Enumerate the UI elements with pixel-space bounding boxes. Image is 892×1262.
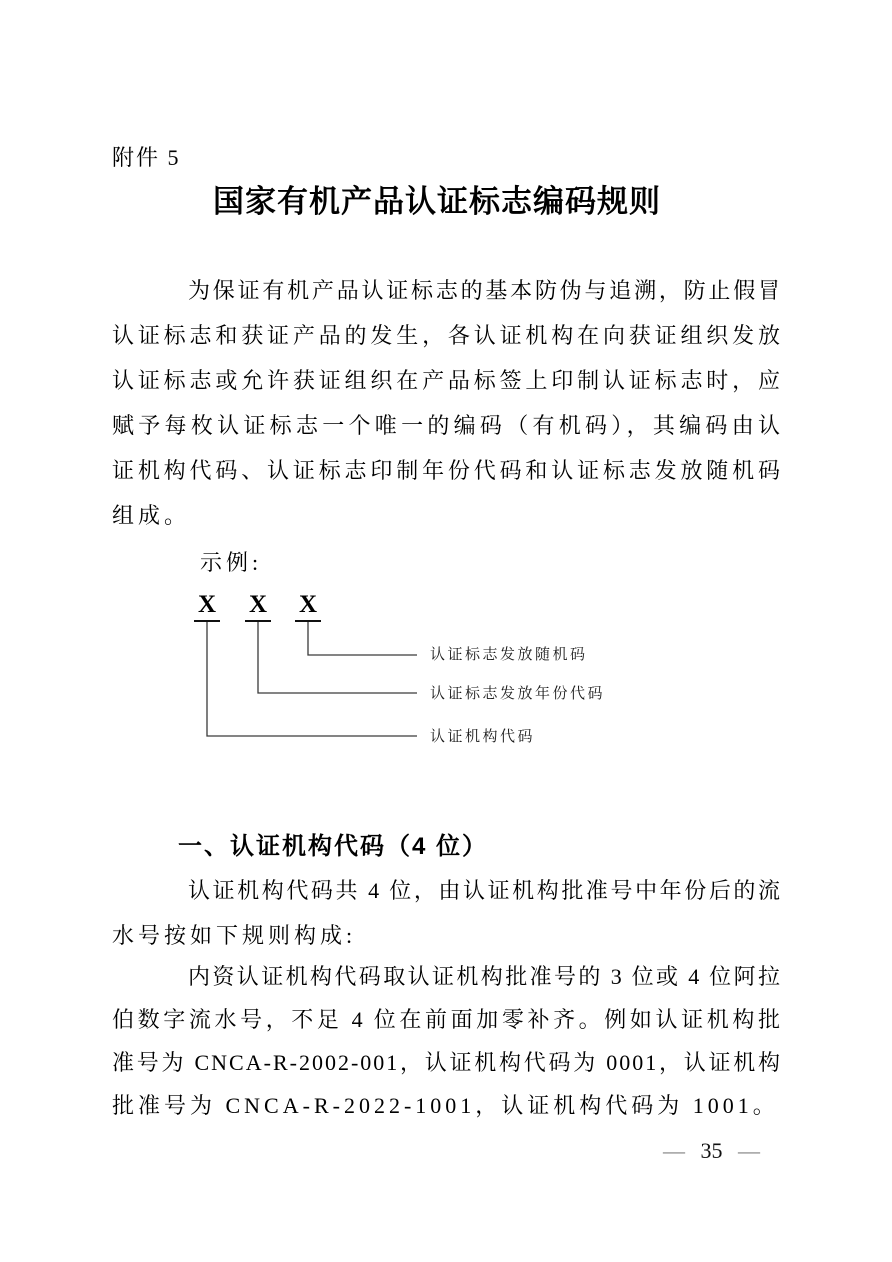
code-digit-x-3: X	[295, 590, 321, 622]
callout-line-year-code	[258, 622, 417, 693]
example-label: 示例:	[200, 548, 262, 578]
section-paragraph-1: 认证机构代码共 4 位，由认证机构批准号中年份后的流 水号按如下规则构成:	[112, 868, 782, 958]
page-number: — 35 —	[558, 1136, 760, 1166]
page-number-dash-right: —	[738, 1138, 760, 1163]
callout-line-body-code	[207, 622, 417, 736]
callout-line-random-code	[308, 622, 417, 655]
intro-line: 为保证有机产品认证标志的基本防伪与追溯，防止假冒	[112, 268, 782, 313]
intro-paragraph: 为保证有机产品认证标志的基本防伪与追溯，防止假冒 认证标志和获证产品的发生，各认…	[112, 268, 782, 538]
section-line: 准号为 CNCA-R-2002-001，认证机构代码为 0001，认证机构	[112, 1041, 782, 1084]
section-line: 伯数字流水号，不足 4 位在前面加零补齐。例如认证机构批	[112, 998, 782, 1041]
intro-line: 组成。	[112, 493, 782, 538]
intro-line: 认证标志和获证产品的发生，各认证机构在向获证组织发放	[112, 313, 782, 358]
page-number-value: 35	[701, 1138, 723, 1163]
callout-label-year-code: 认证标志发放年份代码	[430, 684, 605, 704]
code-digit-x-1: X	[194, 590, 220, 622]
section-line: 水号按如下规则构成:	[112, 913, 782, 958]
section-line: 认证机构代码共 4 位，由认证机构批准号中年份后的流	[112, 868, 782, 913]
callout-label-body-code: 认证机构代码	[430, 727, 535, 747]
section-paragraph-2: 内资认证机构代码取认证机构批准号的 3 位或 4 位阿拉 伯数字流水号，不足 4…	[112, 955, 782, 1127]
document-page: 附件 5 国家有机产品认证标志编码规则 为保证有机产品认证标志的基本防伪与追溯，…	[0, 0, 892, 1262]
code-digit-x-2: X	[245, 590, 271, 622]
section-line: 内资认证机构代码取认证机构批准号的 3 位或 4 位阿拉	[112, 955, 782, 998]
callout-label-random-code: 认证标志发放随机码	[430, 645, 588, 665]
page-number-dash-left: —	[663, 1138, 685, 1163]
intro-line: 赋予每枚认证标志一个唯一的编码（有机码），其编码由认	[112, 403, 782, 448]
section-heading: 一、认证机构代码（4 位）	[178, 830, 488, 864]
page-title: 国家有机产品认证标志编码规则	[0, 182, 874, 222]
intro-line: 认证标志或允许获证组织在产品标签上印制认证标志时，应	[112, 358, 782, 403]
section-line: 批准号为 CNCA-R-2022-1001，认证机构代码为 1001。	[112, 1084, 782, 1127]
attachment-label: 附件 5	[112, 143, 181, 173]
intro-line: 证机构代码、认证标志印制年份代码和认证标志发放随机码	[112, 448, 782, 493]
